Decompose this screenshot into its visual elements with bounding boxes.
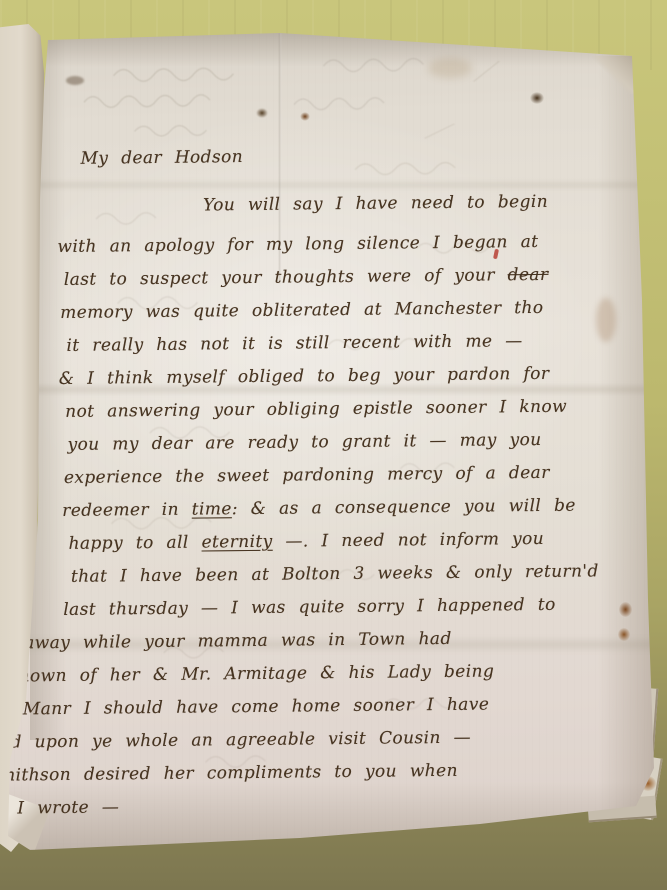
- line-text: Smithson desired her compliments to you …: [0, 761, 458, 786]
- rust-stain: [300, 112, 310, 121]
- line-text: you my dear are ready to grant it — may …: [67, 430, 541, 455]
- line-text: happy to all: [68, 533, 201, 554]
- line-text: at Manr I should have come home sooner I…: [0, 695, 489, 720]
- line-text: last to suspect your thoughts were of yo…: [64, 265, 508, 290]
- line-text: not answering your obliging epistle soon…: [65, 397, 567, 422]
- ink-stain: [256, 108, 268, 118]
- letter-salutation: My dear Hodson: [80, 143, 629, 197]
- line-text: last thursday — I was quite sorry I happ…: [63, 595, 556, 620]
- line-text: redeemer in: [62, 500, 192, 521]
- line-text: with an apology for my long silence I be…: [57, 232, 538, 257]
- struck-word: dear: [508, 265, 549, 285]
- ink-stain: [530, 92, 544, 104]
- underlined-word: eternity: [201, 532, 272, 553]
- underlined-word: time: [192, 499, 232, 519]
- foxing-spot: [428, 58, 472, 78]
- photo-of-handwritten-letter: My dear Hodson You will say I have need …: [0, 0, 667, 890]
- line-text: be away while your mamma was in Town had: [0, 629, 452, 654]
- line-text: memory was quite obliterated at Manchest…: [60, 298, 544, 323]
- line-text: My dear Hodson: [80, 147, 243, 169]
- line-text: had upon ye whole an agreeable visit Cou…: [0, 728, 471, 753]
- line-text: You will say I have need to begin: [203, 192, 548, 216]
- line-text: experience the sweet pardoning mercy of …: [64, 463, 550, 488]
- line-text: —. I need not inform you: [273, 529, 545, 552]
- line-text: that I have been at Bolton 3 weeks & onl…: [71, 561, 599, 587]
- ink-speck: [66, 76, 84, 85]
- letter-line: You will say I have need to begin: [203, 191, 630, 235]
- line-text: I wrote —: [17, 797, 119, 818]
- line-text: : & as a consequence you will be: [232, 496, 576, 520]
- letter-text: My dear Hodson You will say I have need …: [54, 143, 636, 831]
- line-text: it really has not it is still recent wit…: [66, 331, 522, 356]
- manuscript-page: My dear Hodson You will say I have need …: [0, 0, 667, 890]
- line-text: & I think myself obliged to beg your par…: [59, 364, 550, 389]
- line-text: I known of her & Mr. Armitage & his Lady…: [0, 661, 494, 686]
